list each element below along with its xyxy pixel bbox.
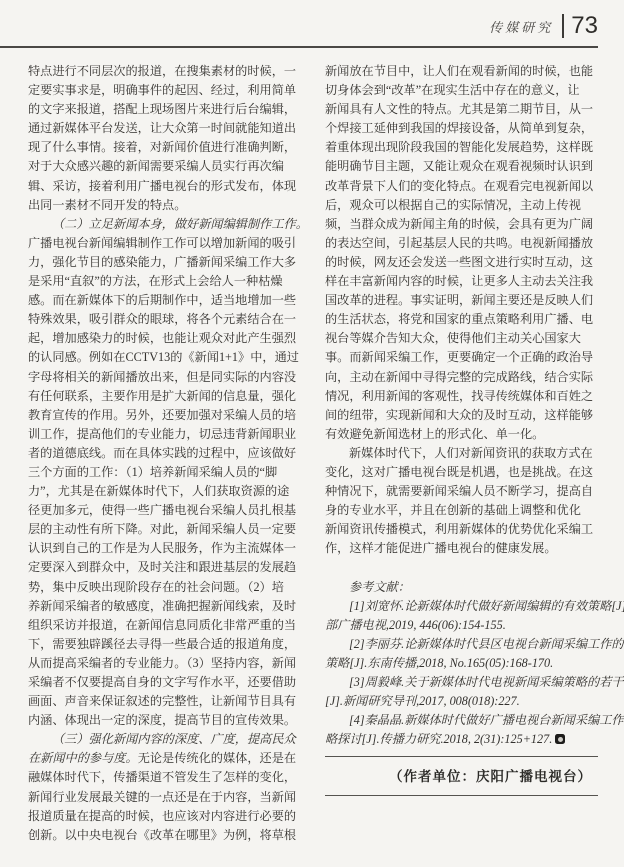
- references-heading: 参考文献：: [325, 578, 598, 597]
- author-affiliation-box: （作者单位：庆阳广播电视台）: [325, 756, 598, 796]
- text-line: 辑、采访，接着利用广播电视台的形式发布，体现: [28, 177, 308, 196]
- text-line: 部广播电视,2019, 446(06):154-155.: [325, 616, 598, 635]
- body-text: 样在丰富新闻内容的时候，让更多人主动去关注我: [325, 274, 593, 288]
- header-divider: [562, 14, 564, 38]
- kai-text: [1]刘宽怀.论新媒体时代做好新闻编辑的有效策略[J].西: [349, 599, 624, 613]
- body-text: 变化，这对广播电视台既是机遇，也是挑战。在这: [325, 465, 593, 479]
- text-line: 的生活状态，将党和国家的重点策略利用广播、电: [325, 310, 598, 329]
- text-line: 力，强化节目的感染能力，广播新闻采编工作大多: [28, 253, 308, 272]
- text-line: 内涵、体现出一定的深度，提高节目的宣传效果。: [28, 711, 308, 730]
- body-text: 新媒体时代下，人们对新闻资讯的获取方式在: [349, 446, 593, 460]
- kai-text: [4]秦晶晶.新媒体时代做好广播电视台新闻采编工作的策: [349, 713, 624, 727]
- text-line: 新闻行业发展最关键的一点还是在于内容，当新闻: [28, 788, 308, 807]
- body-text: 向，主动在新闻中寻得完整的完成路线，结合实际: [325, 370, 593, 384]
- text-line: 切身体会到“改革”在现实生活中存在的意义，让: [325, 81, 598, 100]
- body-text: 的时候，网友还会发送一些图文进行实时互动，这: [325, 255, 593, 269]
- body-text: 新闻放在节目中，让人们在观看新闻的时候，也能: [325, 64, 593, 78]
- body-text: 能明确节目主题，又能让观众在观看视频时认识到: [325, 159, 593, 173]
- text-line: 感。而在新媒体下的后期制作中，适当地增加一些: [28, 291, 308, 310]
- body-text: 起，增加感染力的时候，也能让观众对此产生强烈: [28, 331, 296, 345]
- author-affiliation: （作者单位：庆阳广播电视台）: [389, 769, 592, 784]
- body-text: 组织采访并报道，在新闻信息同质化非常严重的当: [28, 618, 296, 632]
- body-text: 内涵、体现出一定的深度，提高节目的宣传效果。: [28, 713, 296, 727]
- body-text: 无论是传统化的媒体，还是在: [138, 751, 296, 765]
- kai-text: 策略[J].东南传播,2018, No.165(05):168-170.: [325, 656, 553, 670]
- body-text: 认识到自己的工作是为人民服务，作为主流媒体一: [28, 541, 296, 555]
- body-text: 对于大众感兴趣的新闻需要采编人员实行再次编: [28, 159, 284, 173]
- body-text: 广播电视台新闻编辑制作工作可以增加新闻的吸引: [28, 236, 296, 250]
- body-text: 力”，尤其是在新媒体时代下，人们获取资源的途: [28, 484, 289, 498]
- text-line: 频，当群众成为新闻主角的时候，会具有更为广阔: [325, 215, 598, 234]
- body-text: 后，观众可以根据自己的实际情况，主动上传视: [325, 198, 581, 212]
- text-line: 策略[J].东南传播,2018, No.165(05):168-170.: [325, 654, 598, 673]
- text-line: 下，需要独辟蹊径去寻得一些最合适的报道角度，: [28, 635, 308, 654]
- text-line: 情况，利用新闻的客观性，找寻传统媒体和百姓之: [325, 387, 598, 406]
- header-rule: [0, 46, 598, 48]
- text-line: 字母将相关的新闻播放出来，但是同实际的内容没: [28, 368, 308, 387]
- text-line: 特点进行不同层次的报道，在搜集素材的时候，一: [28, 62, 308, 81]
- text-line: 创新。以中央电视台《改革在哪里》为例，将草根: [28, 826, 308, 845]
- text-line: 三个方面的工作：（1）培养新闻采编人员的“脚: [28, 463, 308, 482]
- text-line: 种情况下，就需要新闻采编人员不断学习，提高自: [325, 482, 598, 501]
- references-list: [1]刘宽怀.论新媒体时代做好新闻编辑的有效策略[J].西部广播电视,2019,…: [325, 597, 598, 750]
- text-line: 养新闻采编者的敏感度，准确把握新闻线索，及时: [28, 597, 308, 616]
- kai-text: 在新闻中的参与度。: [28, 751, 138, 765]
- kai-text: [3]周毅峰.关于新媒体时代电视新闻采编策略的若干思考: [349, 675, 624, 689]
- body-text: 间的纽带，实现新闻和大众的及时互动，这样能够: [325, 408, 593, 422]
- text-line: 个焊接工延伸到我国的焊接设备，从简单到复杂，: [325, 119, 598, 138]
- text-line: 新闻具有人文性的特点。尤其是第二期节目，从一: [325, 100, 598, 119]
- body-text: 径更加多元，使得一些广播电视台采编人员扎根基: [28, 503, 296, 517]
- body-text: 新闻行业发展最关键的一点还是在于内容，当新闻: [28, 790, 296, 804]
- text-line: 能明确节目主题，又能让观众在观看视频时认识到: [325, 157, 598, 176]
- text-line: 认识到自己的工作是为人民服务，作为主流媒体一: [28, 539, 308, 558]
- text-line: 势，集中反映出现阶段存在的社会问题。（2）培: [28, 578, 308, 597]
- body-text: 教育宣传的作用。另外，还要加强对采编人员的培: [28, 408, 296, 422]
- body-text: 切身体会到“改革”在现实生活中存在的意义，让: [325, 83, 580, 97]
- kai-text: 略探讨[J].传播力研究.2018, 2(31):125+127.: [325, 732, 552, 746]
- text-line: 的时候，网友还会发送一些图文进行实时互动，这: [325, 253, 598, 272]
- right-column-body: 新闻放在节目中，让人们在观看新闻的时候，也能切身体会到“改革”在现实生活中存在的…: [325, 62, 598, 558]
- article-end-icon: [555, 734, 565, 744]
- text-line: 出同一素材不同开发的特点。: [28, 196, 308, 215]
- text-line: 新闻资讯传播模式，利用新媒体的优势优化采编工: [325, 520, 598, 539]
- body-text: 改革背景下人们的变化特点。在观看完电视新闻以: [325, 179, 593, 193]
- body-text: 势，集中反映出现阶段存在的社会问题。（2）培: [28, 580, 284, 594]
- body-text: 新闻具有人文性的特点。尤其是第二期节目，从一: [325, 102, 593, 116]
- body-text: 辑、采访，接着利用广播电视台的形式发布，体现: [28, 179, 296, 193]
- body-text: 有任何联系，主要作用是扩大新闻的信息量，强化: [28, 389, 296, 403]
- body-text: 定要深入到群众中，及时关注和跟进基层的发展趋: [28, 560, 296, 574]
- kai-text: [2]李丽芬.论新媒体时代县区电视台新闻采编工作的优化: [349, 637, 624, 651]
- text-line: 报道质量在提高的时候，也应该对内容进行必要的: [28, 807, 308, 826]
- text-line: 的认同感。例如在CCTV13的《新闻1+1》中，通过: [28, 348, 308, 367]
- body-text: 报道质量在提高的时候，也应该对内容进行必要的: [28, 809, 296, 823]
- text-line: 作，这样才能促进广播电视台的健康发展。: [325, 539, 598, 558]
- body-text: 事。而新闻采编工作，更要确定一个正确的政治导: [325, 350, 593, 364]
- text-line: 新媒体时代下，人们对新闻资讯的获取方式在: [325, 444, 598, 463]
- body-text: 采编者不仅要提高自身的文字写作水平，还要借助: [28, 675, 296, 689]
- body-text: 从而提高采编者的专业能力。（3）坚持内容，新闻: [28, 656, 296, 670]
- text-line: 变化，这对广播电视台既是机遇，也是挑战。在这: [325, 463, 598, 482]
- article-body: 特点进行不同层次的报道，在搜集素材的时候，一定要实事求是，明确事件的起因、经过，…: [28, 62, 598, 845]
- kai-text: （三）强化新闻内容的深度、广度，提高民众: [52, 732, 296, 746]
- right-column: 新闻放在节目中，让人们在观看新闻的时候，也能切身体会到“改革”在现实生活中存在的…: [325, 62, 598, 845]
- text-line: 层的主动性有所下降。对此，新闻采编人员一定要: [28, 520, 308, 539]
- body-text: 有效避免新闻选材上的形式化、单一化。: [325, 427, 544, 441]
- text-line: 广播电视台新闻编辑制作工作可以增加新闻的吸引: [28, 234, 308, 253]
- body-text: 字母将相关的新闻播放出来，但是同实际的内容没: [28, 370, 296, 384]
- text-line: 新闻放在节目中，让人们在观看新闻的时候，也能: [325, 62, 598, 81]
- text-line: 者的道德底线。而在具体实践的过程中，应该做好: [28, 444, 308, 463]
- text-line: 略探讨[J].传播力研究.2018, 2(31):125+127.: [325, 730, 598, 749]
- text-line: 的文字来报道，搭配上现场图片来进行后台编辑，: [28, 100, 308, 119]
- journal-section-title: 传媒研究: [489, 17, 553, 36]
- body-text: 特点进行不同层次的报道，在搜集素材的时候，一: [28, 64, 296, 78]
- text-line: 后，观众可以根据自己的实际情况，主动上传视: [325, 196, 598, 215]
- body-text: 者的道德底线。而在具体实践的过程中，应该做好: [28, 446, 296, 460]
- body-text: 下，需要独辟蹊径去寻得一些最合适的报道角度，: [28, 637, 296, 651]
- text-line: 通过新媒体平台发送，让大众第一时间就能知道出: [28, 119, 308, 138]
- body-text: 层的主动性有所下降。对此，新闻采编人员一定要: [28, 522, 296, 536]
- text-line: 特殊效果，吸引群众的眼球，将各个元素结合在一: [28, 310, 308, 329]
- page-header: 传媒研究 73: [489, 14, 598, 38]
- text-line: 国改革的进程。事实证明，新闻主要还是反映人们: [325, 291, 598, 310]
- text-line: 对于大众感兴趣的新闻需要采编人员实行再次编: [28, 157, 308, 176]
- text-line: 着重体现出现阶段我国的智能化发展趋势，这样既: [325, 138, 598, 157]
- text-line: 有任何联系，主要作用是扩大新闻的信息量，强化: [28, 387, 308, 406]
- text-line: 间的纽带，实现新闻和大众的及时互动，这样能够: [325, 406, 598, 425]
- body-text: 着重体现出现阶段我国的智能化发展趋势，这样既: [325, 140, 593, 154]
- body-text: 视台等媒介告知大众，使得他们主动关心国家大: [325, 331, 581, 345]
- text-line: 画面、声音来保证叙述的完整性，让新闻节目具有: [28, 692, 308, 711]
- body-text: 情况，利用新闻的客观性，找寻传统媒体和百姓之: [325, 389, 593, 403]
- text-line: 改革背景下人们的变化特点。在观看完电视新闻以: [325, 177, 598, 196]
- body-text: 的表达空间，引起基层人民的共鸣。电视新闻播放: [325, 236, 593, 250]
- text-line: 融媒体时代下，传播渠道不管发生了怎样的变化，: [28, 768, 308, 787]
- text-line: 教育宣传的作用。另外，还要加强对采编人员的培: [28, 406, 308, 425]
- text-line: 力”，尤其是在新媒体时代下，人们获取资源的途: [28, 482, 308, 501]
- text-line: 在新闻中的参与度。无论是传统化的媒体，还是在: [28, 749, 308, 768]
- body-text: 养新闻采编者的敏感度，准确把握新闻线索，及时: [28, 599, 296, 613]
- body-text: 现了什么事情。接着，对新闻价值进行准确判断，: [28, 140, 296, 154]
- body-text: 的认同感。例如在CCTV13的《新闻1+1》中，通过: [28, 350, 299, 364]
- text-line: 起，增加感染力的时候，也能让观众对此产生强烈: [28, 329, 308, 348]
- text-line: [2]李丽芬.论新媒体时代县区电视台新闻采编工作的优化: [325, 635, 598, 654]
- text-line: 身的专业水平，并且在创新的基础上调整和优化: [325, 501, 598, 520]
- body-text: 种情况下，就需要新闻采编人员不断学习，提高自: [325, 484, 593, 498]
- text-line: [J].新闻研究导刊,2017, 008(018):227.: [325, 692, 598, 711]
- text-line: 是采用“直叙”的方法，在形式上会给人一种枯燥: [28, 272, 308, 291]
- text-line: 定要深入到群众中，及时关注和跟进基层的发展趋: [28, 558, 308, 577]
- kai-text: [J].新闻研究导刊,2017, 008(018):227.: [325, 694, 520, 708]
- text-line: 现了什么事情。接着，对新闻价值进行准确判断，: [28, 138, 308, 157]
- left-column: 特点进行不同层次的报道，在搜集素材的时候，一定要实事求是，明确事件的起因、经过，…: [28, 62, 308, 845]
- body-text: 感。而在新媒体下的后期制作中，适当地增加一些: [28, 293, 296, 307]
- text-line: 样在丰富新闻内容的时候，让更多人主动去关注我: [325, 272, 598, 291]
- page-number: 73: [571, 14, 598, 38]
- text-line: 径更加多元，使得一些广播电视台采编人员扎根基: [28, 501, 308, 520]
- body-text: 是采用“直叙”的方法，在形式上会给人一种枯燥: [28, 274, 283, 288]
- text-line: （二）立足新闻本身，做好新闻编辑制作工作。: [28, 215, 308, 234]
- body-text: 的生活状态，将党和国家的重点策略利用广播、电: [325, 312, 593, 326]
- text-line: 定要实事求是，明确事件的起因、经过，利用简单: [28, 81, 308, 100]
- body-text: 特殊效果，吸引群众的眼球，将各个元素结合在一: [28, 312, 296, 326]
- text-line: [1]刘宽怀.论新媒体时代做好新闻编辑的有效策略[J].西: [325, 597, 598, 616]
- references-heading-text: 参考文献：: [349, 580, 410, 594]
- journal-page: 传媒研究 73 特点进行不同层次的报道，在搜集素材的时候，一定要实事求是，明确事…: [0, 0, 624, 867]
- text-line: 的表达空间，引起基层人民的共鸣。电视新闻播放: [325, 234, 598, 253]
- body-text: 新闻资讯传播模式，利用新媒体的优势优化采编工: [325, 522, 593, 536]
- text-line: 向，主动在新闻中寻得完整的完成路线，结合实际: [325, 368, 598, 387]
- body-text: 三个方面的工作：（1）培养新闻采编人员的“脚: [28, 465, 277, 479]
- text-line: 采编者不仅要提高自身的文字写作水平，还要借助: [28, 673, 308, 692]
- kai-text: （二）立足新闻本身，做好新闻编辑制作工作。: [52, 217, 308, 231]
- body-text: 训工作，提高他们的专业能力，切忌违背新闻职业: [28, 427, 296, 441]
- text-line: 从而提高采编者的专业能力。（3）坚持内容，新闻: [28, 654, 308, 673]
- body-text: 画面、声音来保证叙述的完整性，让新闻节目具有: [28, 694, 296, 708]
- body-text: 融媒体时代下，传播渠道不管发生了怎样的变化，: [28, 770, 296, 784]
- body-text: 国改革的进程。事实证明，新闻主要还是反映人们: [325, 293, 593, 307]
- body-text: 定要实事求是，明确事件的起因、经过，利用简单: [28, 83, 296, 97]
- text-line: 视台等媒介告知大众，使得他们主动关心国家大: [325, 329, 598, 348]
- text-line: 有效避免新闻选材上的形式化、单一化。: [325, 425, 598, 444]
- text-line: 训工作，提高他们的专业能力，切忌违背新闻职业: [28, 425, 308, 444]
- body-text: 身的专业水平，并且在创新的基础上调整和优化: [325, 503, 581, 517]
- body-text: 作，这样才能促进广播电视台的健康发展。: [325, 541, 557, 555]
- body-text: 频，当群众成为新闻主角的时候，会具有更为广阔: [325, 217, 593, 231]
- body-text: 通过新媒体平台发送，让大众第一时间就能知道出: [28, 121, 296, 135]
- body-text: 力，强化节目的感染能力，广播新闻采编工作大多: [28, 255, 296, 269]
- text-line: [3]周毅峰.关于新媒体时代电视新闻采编策略的若干思考: [325, 673, 598, 692]
- text-line: 事。而新闻采编工作，更要确定一个正确的政治导: [325, 348, 598, 367]
- body-text: 出同一素材不同开发的特点。: [28, 198, 186, 212]
- text-line: 组织采访并报道，在新闻信息同质化非常严重的当: [28, 616, 308, 635]
- text-line: （三）强化新闻内容的深度、广度，提高民众: [28, 730, 308, 749]
- text-line: [4]秦晶晶.新媒体时代做好广播电视台新闻采编工作的策: [325, 711, 598, 730]
- body-text: 个焊接工延伸到我国的焊接设备，从简单到复杂，: [325, 121, 593, 135]
- kai-text: 部广播电视,2019, 446(06):154-155.: [325, 618, 506, 632]
- body-text: 的文字来报道，搭配上现场图片来进行后台编辑，: [28, 102, 296, 116]
- body-text: 创新。以中央电视台《改革在哪里》为例，将草根: [28, 828, 296, 842]
